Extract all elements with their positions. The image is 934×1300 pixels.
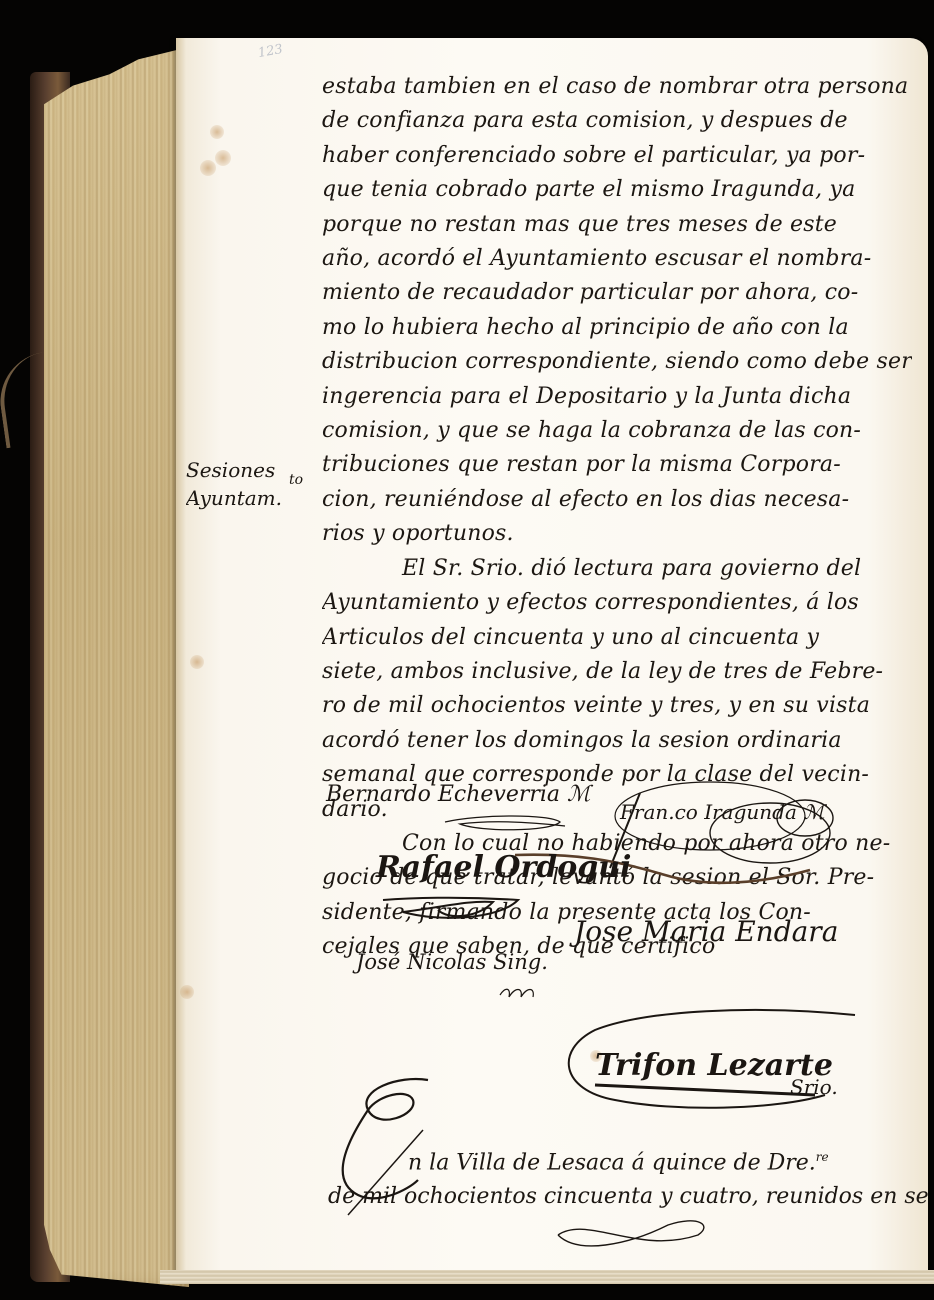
foxing-stain [190, 655, 204, 669]
text-line: que tenia cobrado parte el mismo Iragund… [322, 173, 912, 207]
signature-rafael-ordogui: Rafael Ordogui [376, 850, 631, 885]
text-line: Articulos del cincuenta y uno al cincuen… [322, 621, 912, 655]
signature-title-secretary: Srio. [790, 1075, 838, 1099]
text-line: El Sr. Srio. dió lectura para govierno d… [322, 552, 912, 586]
scanned-book: 123 Sesiones Ayuntam. to estaba tambien … [0, 0, 934, 1300]
text-line: ingerencia para el Depositario y la Junt… [322, 380, 912, 414]
text-line: rios y oportunos. [322, 517, 912, 551]
signature-name: Fran.co Iragunda [620, 800, 797, 824]
superscript: re [816, 1150, 829, 1164]
foxing-stain [215, 150, 231, 166]
page-edges-stack [44, 42, 189, 1287]
foxing-stain [210, 125, 224, 139]
next-minutes-entry: n la Villa de Lesaca á quince de Dre.re … [328, 1140, 918, 1214]
text-line: ro de mil ochocientos veinte y tres, y e… [322, 689, 912, 723]
signature-jose-nicolas: José Nicolas Sing. [356, 950, 548, 974]
signature-name: Bernardo Echeverria [326, 782, 560, 807]
signature-jose-maria-endara: Jose Maria Endara [574, 915, 838, 948]
margin-note: Sesiones Ayuntam. to [186, 456, 316, 512]
page-bottom-edges [160, 1270, 934, 1284]
foxing-stain [200, 160, 216, 176]
margin-note-abbr: to [289, 466, 303, 494]
text-line: distribucion correspondiente, siendo com… [322, 345, 912, 379]
text-line: Ayuntamiento y efectos correspondientes,… [322, 586, 912, 620]
text-line: porque no restan mas que tres meses de e… [322, 208, 912, 242]
text-line: haber conferenciado sobre el particular,… [322, 139, 912, 173]
text-line: de confianza para esta comision, y despu… [322, 104, 912, 138]
signature-bernardo-echeverria: Bernardo Echeverria ℳ [326, 782, 591, 807]
text-line: año, acordó el Ayuntamiento escusar el n… [322, 242, 912, 276]
foxing-stain [180, 985, 194, 999]
text-line: estaba tambien en el caso de nombrar otr… [322, 70, 912, 104]
text-line: siete, ambos inclusive, de la ley de tre… [322, 655, 912, 689]
text-line: mo lo hubiera hecho al principio de año … [322, 311, 912, 345]
signature-rubric-mark: ℳ [803, 800, 824, 824]
text-line: comision, y que se haga la cobranza de l… [322, 414, 912, 448]
text-line: miento de recaudador particular por ahor… [322, 276, 912, 310]
minutes-body: estaba tambien en el caso de nombrar otr… [322, 70, 912, 965]
text-line: de mil ochocientos cincuenta y cuatro, r… [328, 1180, 918, 1214]
text-line: cion, reuniéndose al efecto en los dias … [322, 483, 912, 517]
signature-francisco-iragunda: Fran.co Iragunda ℳ [620, 800, 825, 824]
signature-rubric-mark: ℳ [567, 782, 591, 807]
text-line: tribuciones que restan por la misma Corp… [322, 448, 912, 482]
text-line: acordó tener los domingos la sesion ordi… [322, 724, 912, 758]
text-line: n la Villa de Lesaca á quince de Dre. [408, 1150, 816, 1175]
